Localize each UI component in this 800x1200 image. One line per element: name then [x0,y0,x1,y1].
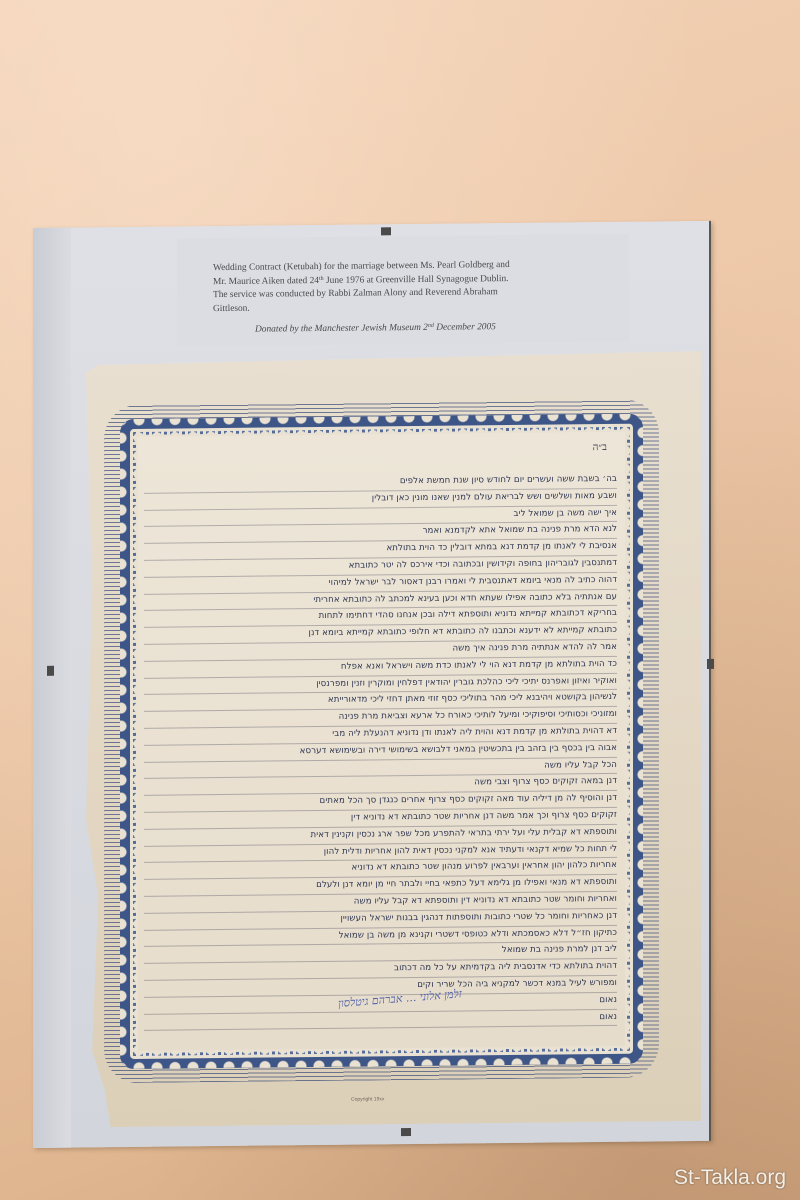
donation-note: Donated by the Manchester Jewish Museum … [255,321,496,337]
frame-clip [401,1128,411,1136]
copyright-note: Copyright 19xx [351,1096,384,1102]
ketubah-line: נאום [144,1009,617,1031]
picture-frame: Wedding Contract (Ketubah) for the marri… [33,221,711,1148]
museum-caption-label: Wedding Contract (Ketubah) for the marri… [177,234,629,347]
frame-clip [381,227,391,235]
ketubah-document: ב״ה בה׳ בשבת ששה ועשרים יום לחודש סיון ש… [86,351,701,1127]
watermark: St-Takla.org [674,1166,786,1190]
ketubah-text-lines: בה׳ בשבת ששה ועשרים יום לחודש סיון שנת ח… [144,472,617,1031]
frame-clip [47,666,54,676]
ketubah-text-area: ב״ה בה׳ בשבת ששה ועשרים יום לחודש סיון ש… [138,432,625,1051]
frame-clip [707,659,714,669]
mount-edge [33,228,71,1148]
ketubah-header: ב״ה [593,442,607,453]
caption-body: Wedding Contract (Ketubah) for the marri… [213,258,633,316]
